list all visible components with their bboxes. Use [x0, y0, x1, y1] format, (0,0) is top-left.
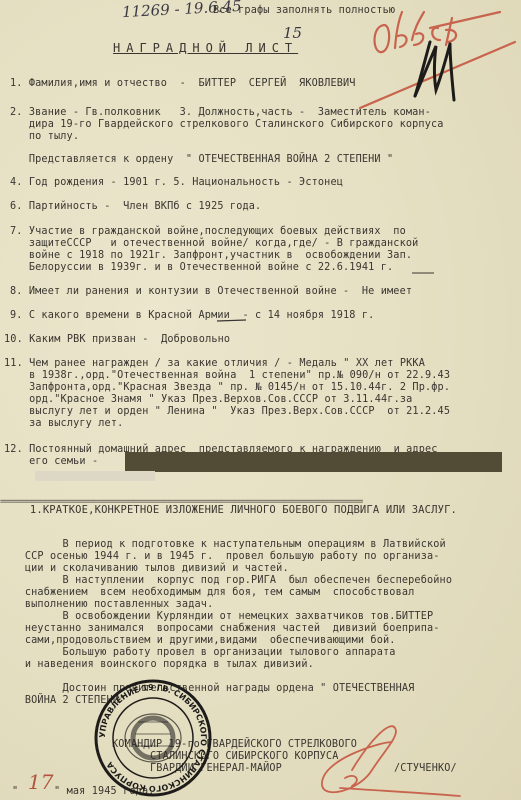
- narrative-line: снабжением всем необходимым для боя, тем…: [6, 587, 414, 599]
- narrative-line: выполнению поставленных задач.: [6, 599, 213, 611]
- field-wounds: 8. Имеет ли ранения и контузии в Отечест…: [10, 286, 412, 298]
- field-rank-position-l2: дира 19-го Гвардейского стрелкового Стал…: [10, 119, 444, 131]
- field-combat-l2: защитеСССР и отечественной войне/ когда,…: [10, 238, 418, 250]
- narrative-line: сами,продовольствием и другими,видами об…: [6, 635, 396, 647]
- red-pencil-annotation: [360, 12, 515, 108]
- narrative-line: В наступлении корпус под гор.РИГА был об…: [6, 575, 452, 587]
- redaction-light: [35, 471, 155, 481]
- field-prior-awards-l6: за выслугу лет.: [4, 418, 123, 430]
- narrative-line: неустанно занимался вопросами снабжения …: [6, 623, 440, 635]
- section-heading: 1.КРАТКОЕ,КОНКРЕТНОЕ ИЗЛОЖЕНИЕ ЛИЧНОГО Б…: [4, 505, 457, 517]
- date-suffix: " мая 1945 года.: [54, 786, 155, 798]
- redaction-bar: [125, 452, 502, 472]
- field-army-since: 9. С какого времени в Красной Армии - с …: [10, 310, 374, 322]
- field-name: 1. Фамилия,имя и отчество - БИТТЕР СЕРГЕ…: [10, 78, 356, 90]
- page-mark: 15: [283, 24, 302, 42]
- field-rank-position-l1: 2. Звание - Гв.полковник 3. Должность,ча…: [10, 107, 431, 119]
- signature-title-l2: СТАЛИНСКОГО СИБИРСКОГО КОРПУСА: [150, 751, 339, 763]
- red-signature: [322, 726, 460, 796]
- date-day: 17: [28, 770, 53, 794]
- signatory-name: /СТУЧЕНКО/: [394, 763, 457, 775]
- document-title: НАГРАДНОЙ ЛИСТ: [113, 43, 298, 55]
- field-combat-l4: Белоруссии в 1939г. и в Отечественной во…: [10, 262, 393, 274]
- narrative-line: Большую работу провел в организации тыло…: [6, 647, 396, 659]
- award-nomination: Представляется к ордену " ОТЕЧЕСТВЕННАЯ …: [10, 154, 393, 166]
- narrative-line: ССР осенью 1944 г. и в 1945 г. провел бо…: [6, 551, 440, 563]
- field-prior-awards-l4: орд."Красное Знамя " Указ През.Верхов.Со…: [4, 394, 412, 406]
- conclusion-l2: ВОЙНА 2 СТЕПЕНИ": [6, 695, 125, 707]
- signature-title-l3: ГВАРДИИ ГЕНЕРАЛ-МАЙОР: [150, 763, 282, 775]
- field-address-l2: его семьи -: [4, 456, 98, 468]
- field-prior-awards-l3: Запфронта,орд."Красная Звезда " пр. № 01…: [4, 382, 450, 394]
- field-prior-awards-l1: 11. Чем ранее награжден / за какие отлич…: [4, 358, 425, 370]
- narrative-line: В освобождении Курляндии от немецких зах…: [6, 611, 433, 623]
- field-party: 6. Партийность - Член ВКПб с 1925 года.: [10, 201, 261, 213]
- narrative-line: ции и сколачиванию тылов дивизий и часте…: [6, 563, 289, 575]
- award-sheet-page: 11269 - 19.6.45 Все графы заполнять полн…: [0, 0, 521, 800]
- signature-title-l1: КОМАНДИР 19-го ГВАРДЕЙСКОГО СТРЕЛКОВОГО: [112, 739, 357, 751]
- field-combat-l1: 7. Участие в гражданской войне,последующ…: [10, 226, 406, 238]
- field-draft-office: 10. Каким РВК призван - Добровольно: [4, 334, 230, 346]
- field-birth-nationality: 4. Год рождения - 1901 г. 5. Национально…: [10, 177, 343, 189]
- narrative-line: В период к подготовке к наступательным о…: [6, 539, 446, 551]
- conclusion-l1: Достоин правительственной награды ордена…: [6, 683, 414, 695]
- date-prefix: ": [12, 786, 18, 798]
- field-prior-awards-l2: в 1938г.,орд."Отечественная война 1 степ…: [4, 370, 450, 382]
- instruction-text: Все графы заполнять полностью: [213, 5, 395, 17]
- field-rank-position-l3: по тылу.: [10, 131, 79, 143]
- black-signature: [415, 42, 454, 100]
- field-prior-awards-l5: выслугу лет и орден " Ленина " Указ През…: [4, 406, 450, 418]
- field-combat-l3: войне с 1918 по 1921г. Запфронт,участник…: [10, 250, 412, 262]
- narrative-line: и наведения воинского порядка в тылах ди…: [6, 659, 314, 671]
